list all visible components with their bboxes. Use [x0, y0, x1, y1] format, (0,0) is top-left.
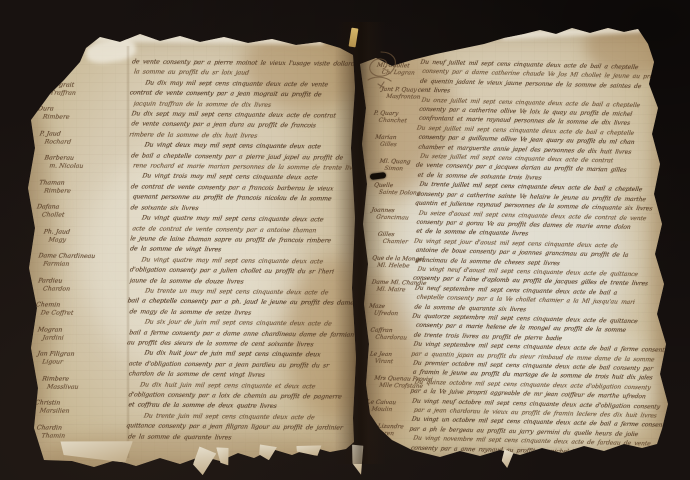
body-text-block: Du neuf juillet mil sept cens cinquante … — [411, 58, 673, 459]
margin-name-entry: Jan Filigran Ligour — [36, 350, 130, 366]
margin-name-line1: l'Mograit — [45, 81, 138, 89]
margin-name-line2: Farmian — [37, 260, 130, 268]
margin-name-line2: m. Nicolau — [43, 162, 136, 170]
binding-thread-tab — [349, 28, 359, 48]
margin-name-entry: Dafana Chollet — [35, 203, 129, 219]
margin-name-line1: Ph. Jaud — [43, 228, 136, 236]
margin-name-line2: Magy — [42, 235, 135, 243]
margin-name-line1: Pardieu — [38, 277, 131, 285]
margin-name-entry: Rimbere Masslivau — [40, 375, 134, 391]
margin-name-line2: Chollet — [35, 211, 128, 219]
margin-name-line1: Chardin — [36, 424, 129, 432]
manuscript-left-page: Moinot Jaune l'Mograit Traffran Dura Rim… — [24, 28, 356, 472]
margin-name-entry: Pardieu Chardon — [36, 277, 130, 293]
margin-name-line2: Chardon — [36, 284, 129, 292]
margin-name-line1: Rimbere — [42, 375, 135, 383]
margin-name-line1: Mogran — [37, 326, 130, 334]
margin-name-line1: P. Jaud — [39, 130, 132, 138]
margin-name-entry: Christin Marsilien — [33, 399, 127, 415]
body-text-block: de vente consenty par a pierre moinot le… — [128, 57, 358, 444]
margin-name-entry: Chemin De Coffret — [34, 301, 128, 317]
margin-name-line2: Rochard — [38, 137, 131, 145]
margin-name-entry: Dame Chardineau Farmian — [37, 252, 131, 268]
margin-name-entry: Thaman Rimbere — [38, 179, 132, 195]
margin-name-line2: Jaune — [39, 64, 132, 72]
margin-name-line2: De Coffret — [34, 309, 127, 317]
margin-name-line2: Masslivau — [40, 382, 133, 390]
margin-name-line2: Marsilien — [33, 407, 126, 415]
margin-name-line2: Rimbere — [36, 113, 129, 121]
margin-name-entry: P. Jaud Rochard — [38, 130, 132, 146]
margin-name-line1: Thaman — [39, 179, 132, 187]
margin-name-entry: l'Mograit Traffran — [44, 81, 138, 97]
margin-name-entry: Dura Rimbere — [36, 105, 130, 121]
handwritten-line: de la somme de quarante livres — [127, 432, 355, 445]
margin-name-line2: Traffran — [44, 88, 137, 96]
margin-name-line2: Thamin — [35, 431, 128, 439]
margin-name-entry: Chardin Thamin — [35, 424, 129, 440]
margin-name-line2: Ligour — [36, 358, 129, 366]
margin-name-entry: Moinot Jaune — [39, 56, 133, 72]
margin-name-line2: Jardini — [36, 333, 129, 341]
margin-names-column: Moinot Jaune l'Mograit Traffran Dura Rim… — [36, 56, 132, 449]
paraph-scribble-icon — [360, 46, 402, 92]
margin-name-entry: Mogran Jardini — [36, 326, 130, 342]
photo-background: Moinot Jaune l'Mograit Traffran Dura Rim… — [0, 0, 690, 480]
margin-name-line2: Rimbere — [38, 186, 131, 194]
torn-shred — [350, 443, 367, 475]
margin-name-entry: Ph. Jaud Magy — [42, 228, 136, 244]
margin-name-entry: Barberau m. Nicolau — [43, 154, 137, 170]
